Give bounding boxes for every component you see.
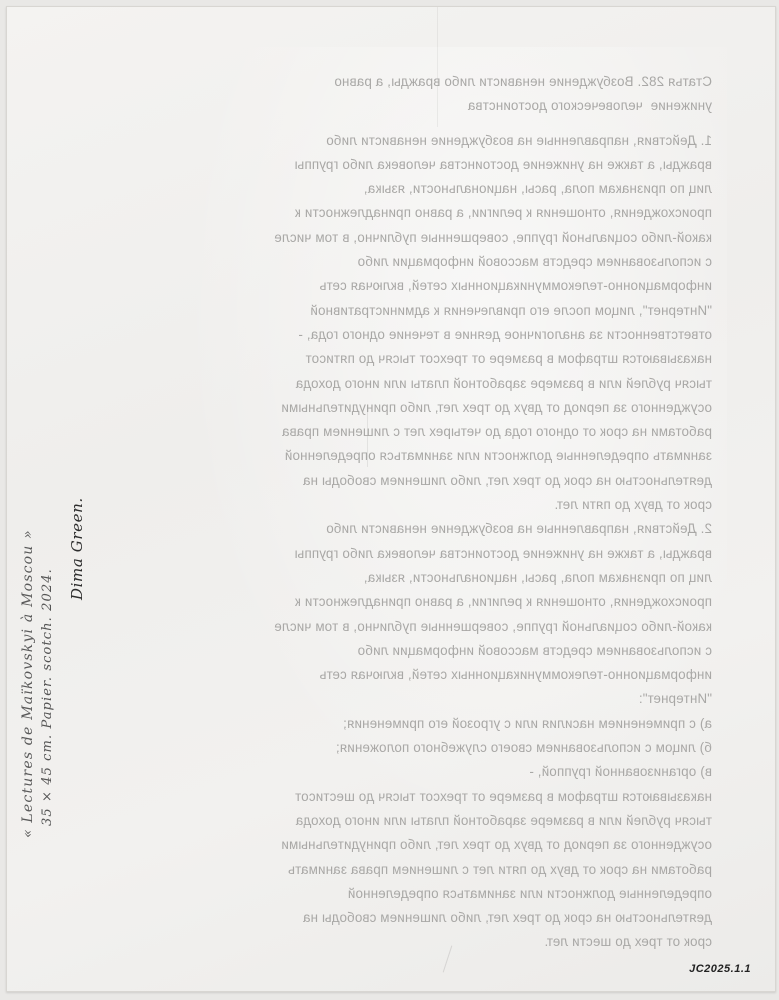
text-line: в) организованной группой, - bbox=[160, 760, 712, 784]
text-line: "Интернет", лицом после его привлечения … bbox=[160, 299, 712, 323]
text-line: с использованием средств массовой информ… bbox=[160, 639, 712, 663]
inscription-title: « Lectures de Maïkovskyi à Moscou » bbox=[20, 529, 36, 838]
text-line: тысяч рублей или в размере заработной пл… bbox=[160, 809, 712, 833]
text-line: деятельностью на срок до трех лет, либо … bbox=[160, 469, 712, 493]
text-line: лиц по признакам пола, расы, национально… bbox=[160, 177, 712, 201]
text-line: с использованием средств массовой информ… bbox=[160, 250, 712, 274]
text-line: а) с применением насилия или с угрозой е… bbox=[160, 712, 712, 736]
text-line: информационно-телекоммуникационных сетей… bbox=[160, 274, 712, 298]
text-line: б) лицом с использованием своего служебн… bbox=[160, 736, 712, 760]
text-line: определенные должности или заниматься оп… bbox=[160, 882, 712, 906]
text-line: срок от трех до шести лет. bbox=[160, 930, 712, 954]
text-line: унижение человеческого достоинства bbox=[160, 94, 712, 118]
text-line: какой-либо социальной группе, совершенны… bbox=[160, 615, 712, 639]
text-line: работами на срок от одного года до четыр… bbox=[160, 420, 712, 444]
text-line: вражды, а также на унижение достоинства … bbox=[160, 542, 712, 566]
text-line: Статья 282. Возбуждение ненависти либо в… bbox=[160, 70, 712, 94]
text-line: 2. Действия, направленные на возбуждение… bbox=[160, 517, 712, 541]
text-line: срок от двух до пяти лет. bbox=[160, 493, 712, 517]
text-line: осужденного за период от двух до трех ле… bbox=[160, 396, 712, 420]
text-line: лиц по признакам пола, расы, национально… bbox=[160, 566, 712, 590]
text-line: ответственности за аналогичное деяние в … bbox=[160, 323, 712, 347]
text-line: наказываются штрафом в размере от трехсо… bbox=[160, 785, 712, 809]
text-line: вражды, а также на унижение достоинства … bbox=[160, 153, 712, 177]
artist-signature: Dima Green. bbox=[68, 497, 86, 600]
text-line: осужденного за период от двух до трех ле… bbox=[160, 833, 712, 857]
text-line: происхождения, отношения к религии, а ра… bbox=[160, 201, 712, 225]
text-line: тысяч рублей или в размере заработной пл… bbox=[160, 372, 712, 396]
inventory-number: JC2025.1.1 bbox=[689, 963, 751, 975]
text-line: занимать определенные должности или зани… bbox=[160, 444, 712, 468]
text-line: деятельностью на срок до трех лет, либо … bbox=[160, 906, 712, 930]
text-line: информационно-телекоммуникационных сетей… bbox=[160, 663, 712, 687]
text-line: "Интернет": bbox=[160, 687, 712, 711]
text-line: 1. Действия, направленные на возбуждение… bbox=[160, 129, 712, 153]
text-line: какой-либо социальной группе, совершенны… bbox=[160, 226, 712, 250]
mirrored-law-text: Статья 282. Возбуждение ненависти либо в… bbox=[160, 70, 712, 955]
inscription-dimensions: 35 × 45 cm. Papier. scotch. 2024. bbox=[40, 568, 55, 826]
text-line: происхождения, отношения к религии, а ра… bbox=[160, 590, 712, 614]
text-line: работами на срок от двух до пяти лет с л… bbox=[160, 858, 712, 882]
text-line: наказываются штрафом в размере от трехсо… bbox=[160, 347, 712, 371]
